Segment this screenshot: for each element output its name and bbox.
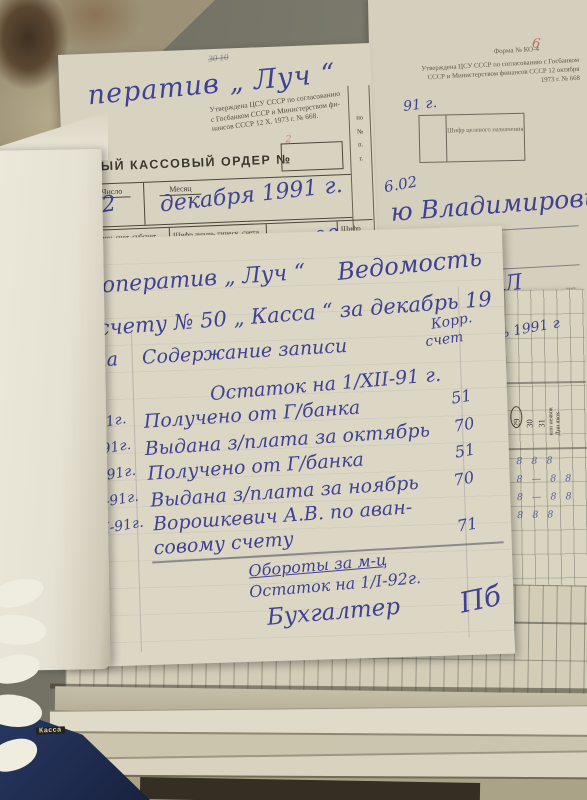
day-31: 31 <box>536 390 547 428</box>
purpose-box-label: Шифр целевого назначения <box>446 114 524 162</box>
purpose-box-left-cell <box>419 115 447 162</box>
row-corr: 71 <box>456 513 479 535</box>
statement-sheet: Кооператив „ Луч “ Ведомость по счету № … <box>50 226 515 668</box>
timesheet-column-label: или неявок Дни явок <box>548 387 562 435</box>
side-label-g: г. <box>359 152 363 166</box>
date-table: Число Месяц 2 декабря 1991 г. <box>81 174 352 228</box>
stub-approval-note: Утверждена ЦСУ СССР по согласованию с Го… <box>419 56 580 92</box>
pencil-mark: 30 10 <box>208 52 229 64</box>
order-number-box <box>281 141 344 171</box>
side-label-num: № <box>357 125 364 139</box>
order-title: НЫЙ КАССОВЫЙ ОРДЕР № <box>90 152 292 174</box>
statement-org: Кооператив „ Луч “ <box>71 260 306 300</box>
row-corr: 70 <box>453 413 476 435</box>
label-days-line1: Дни явок <box>555 387 562 435</box>
month-value: декабря 1991 г. <box>159 173 344 218</box>
photo-of-documents: Форма № КО-4 6 Утверждена ЦСУ СССР по со… <box>0 0 587 800</box>
red-stamp-mark: 2 <box>285 134 292 145</box>
stub-form-number: Форма № КО-4 <box>454 45 539 58</box>
accountant-signature: Пб <box>457 579 504 620</box>
accountant-label: Бухгалтер <box>266 594 401 631</box>
stub-name-note: ю Владимировичу <box>390 180 587 226</box>
side-label-p: п. <box>358 139 364 153</box>
day-29-circled: 29 <box>510 406 522 428</box>
corr-header-line2: счет <box>424 329 464 350</box>
row-corr: 51 <box>450 386 473 408</box>
label-days-line2: или неявок <box>548 387 555 435</box>
paper-fluff <box>0 652 41 685</box>
side-label-strip: по № п. г. <box>347 85 375 236</box>
side-label-po: по <box>356 111 363 125</box>
kassa-edge-label: Касса <box>36 726 65 734</box>
stub-year-note: 91 г. <box>402 95 438 115</box>
day-30: 30 <box>524 390 535 428</box>
row-corr: 70 <box>452 468 475 490</box>
statement-title: Ведомость <box>336 243 483 286</box>
stub-code-note: 6.02 <box>383 173 419 197</box>
date-col-divider <box>143 183 146 225</box>
red-page-number: 6 <box>531 36 541 52</box>
purpose-code-box: Шифр целевого назначения <box>418 113 525 163</box>
row-corr: 51 <box>453 439 476 461</box>
